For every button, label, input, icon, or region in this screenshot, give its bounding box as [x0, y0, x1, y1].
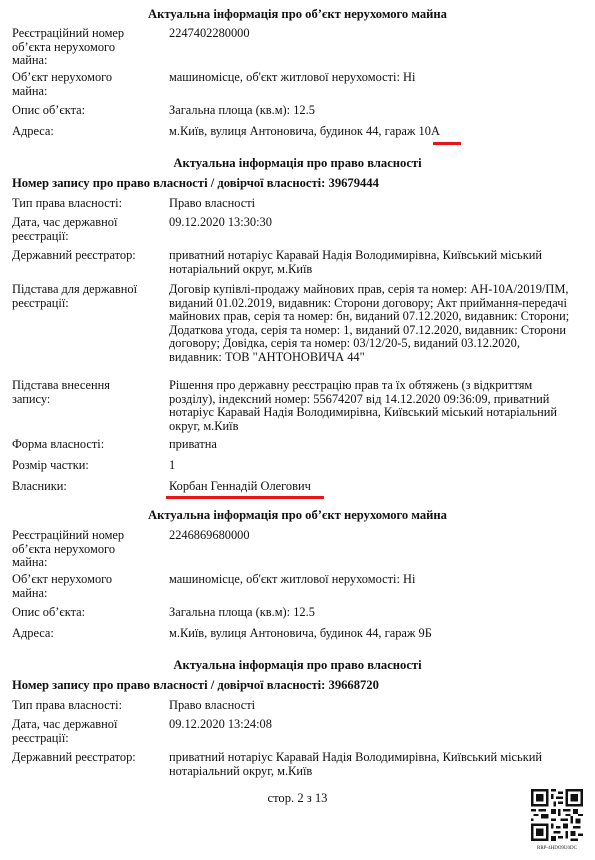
- field-value: м.Київ, вулиця Антоновича, будинок 44, г…: [169, 627, 569, 641]
- qr-code-icon: [531, 789, 583, 841]
- field-label: Тип права власності:: [12, 197, 162, 211]
- field-value: Договір купівлі-продажу майнових прав, с…: [169, 283, 574, 365]
- field-value: Рішення про державну реєстрацію прав та …: [169, 379, 574, 433]
- field-label: Власники:: [12, 480, 162, 494]
- record-number-title-2: Номер запису про право власності / довір…: [12, 679, 379, 693]
- record-number-title-1: Номер запису про право власності / довір…: [12, 177, 379, 191]
- field-label: Опис об’єкта:: [12, 606, 162, 620]
- field-label: Державний реєстратор:: [12, 249, 162, 263]
- field-label: Підстава внесення запису:: [12, 379, 132, 406]
- field-label: Адреса:: [12, 125, 162, 139]
- field-value: 2246869680000: [169, 529, 569, 543]
- qr-code-label: RRP-4HDO9U0DC: [525, 846, 589, 852]
- field-label: Об’єкт нерухомого майна:: [12, 71, 142, 98]
- field-value: Корбан Геннадій Олегович: [169, 480, 569, 494]
- field-value: 09.12.2020 13:30:30: [169, 216, 569, 230]
- field-label: Підстава для державної реєстрації:: [12, 283, 142, 310]
- field-label: Адреса:: [12, 627, 162, 641]
- field-value: Загальна площа (кв.м): 12.5: [169, 104, 569, 118]
- field-value: Загальна площа (кв.м): 12.5: [169, 606, 569, 620]
- field-value: приватний нотаріус Каравай Надія Володим…: [169, 249, 559, 276]
- field-label: Форма власності:: [12, 438, 162, 452]
- field-value: 1: [169, 459, 569, 473]
- field-label: Дата, час державної реєстрації:: [12, 718, 142, 745]
- field-value: машиномісце, об'єкт житлової нерухомості…: [169, 71, 569, 85]
- field-label: Державний реєстратор:: [12, 751, 162, 765]
- field-value: Право власності: [169, 699, 569, 713]
- field-label: Реєстраційний номер об’єкта нерухомого м…: [12, 27, 152, 68]
- field-value: м.Київ, вулиця Антоновича, будинок 44, г…: [169, 125, 569, 139]
- field-label: Тип права власності:: [12, 699, 162, 713]
- field-value: Право власності: [169, 197, 569, 211]
- section-title-object-1: Актуальна інформація про об’єкт нерухомо…: [0, 8, 595, 22]
- field-label: Об’єкт нерухомого майна:: [12, 573, 142, 600]
- field-value: приватна: [169, 438, 569, 452]
- section-title-right-2: Актуальна інформація про право власності: [0, 659, 595, 673]
- document-page: Актуальна інформація про об’єкт нерухомо…: [0, 0, 595, 860]
- section-title-object-2: Актуальна інформація про об’єкт нерухомо…: [0, 509, 595, 523]
- highlight-underline-garage: [433, 142, 461, 145]
- field-label: Реєстраційний номер об’єкта нерухомого м…: [12, 529, 152, 570]
- field-value: машиномісце, об'єкт житлової нерухомості…: [169, 573, 569, 587]
- field-value: приватний нотаріус Каравай Надія Володим…: [169, 751, 559, 778]
- section-title-right-1: Актуальна інформація про право власності: [0, 157, 595, 171]
- field-label: Опис об’єкта:: [12, 104, 162, 118]
- field-label: Розмір частки:: [12, 459, 162, 473]
- field-value: 09.12.2020 13:24:08: [169, 718, 569, 732]
- highlight-underline-owner: [166, 496, 324, 499]
- field-value: 2247402280000: [169, 27, 569, 41]
- field-label: Дата, час державної реєстрації:: [12, 216, 142, 243]
- page-number: стор. 2 з 13: [0, 792, 595, 806]
